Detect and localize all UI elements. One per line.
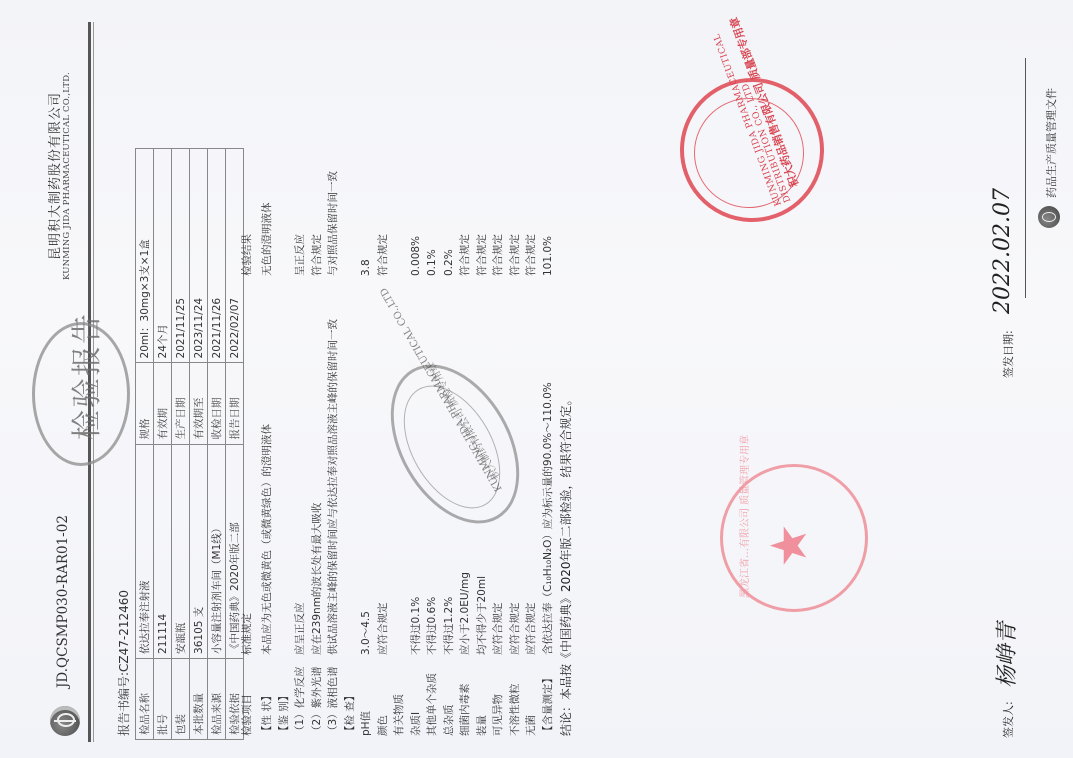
info-label: 检品来源 — [208, 658, 226, 739]
document-code: JD.QCSMP030-RAR01-02 — [55, 515, 71, 688]
quality-stamp-text: 黑龙江省…有限公司 质量管理专用章 — [736, 435, 751, 598]
result-standard: 不得过0.1% — [411, 597, 422, 655]
result-item: 细菌内毒素 — [460, 684, 471, 737]
result-item: pH值 — [361, 711, 372, 736]
info-row: 检品来源小容量注射剂车间（M1线）收检日期2021/11/26 — [208, 149, 226, 740]
result-value: 呈正反应 — [295, 234, 306, 276]
result-standard: 应呈正反应 — [295, 603, 306, 656]
star-icon: ★ — [760, 523, 818, 568]
product-info-table: 检品名称依达拉奉注射液规格20ml：30mg×3支×1盒批号211114有效期2… — [135, 148, 244, 740]
info-label: 批号 — [154, 658, 172, 739]
report-number: 报告书编号:CZ47-212460 — [115, 590, 132, 736]
result-item: 【检 查】 — [345, 691, 356, 736]
info-label: 有效期至 — [190, 363, 208, 444]
info-row: 检品名称依达拉奉注射液规格20ml：30mg×3支×1盒 — [136, 149, 154, 740]
result-item: 【含量测定】 — [543, 673, 554, 736]
info-label: 收检日期 — [208, 363, 226, 444]
result-item: 杂质I — [411, 712, 422, 736]
result-standard: 应符合规定 — [526, 603, 537, 656]
info-row: 批号211114有效期24个月 — [154, 149, 172, 740]
result-item: 总杂质 — [444, 705, 455, 737]
info-value: 依达拉奉注射液 — [136, 444, 154, 658]
result-item: 装量 — [477, 715, 488, 736]
info-value: 36105 支 — [190, 444, 208, 658]
footer-divider — [1025, 58, 1026, 298]
result-value: 与对照品保留时间一致 — [328, 171, 339, 276]
info-value: 2021/11/25 — [172, 149, 190, 363]
info-label: 生产日期 — [172, 363, 190, 444]
company-name-en: KUNMING JIDA PHARMACEUTICAL CO.,LTD. — [62, 72, 72, 280]
result-standard: 应符合规定 — [378, 603, 389, 656]
info-label: 规格 — [136, 363, 154, 444]
info-label: 本批数量 — [190, 658, 208, 739]
info-value: 安瓿瓶 — [172, 444, 190, 658]
info-label: 有效期 — [154, 363, 172, 444]
sign-date-value: 2022.02.07 — [990, 188, 1015, 314]
result-standard: 均不得少于20ml — [477, 576, 488, 655]
info-value: 2023/11/24 — [190, 149, 208, 363]
info-value: 20ml：30mg×3支×1盒 — [136, 149, 154, 363]
inspection-report-page: JD.QCSMP030-RAR01-02 昆明积大制药股份有限公司 KUNMIN… — [0, 0, 1073, 758]
info-row: 本批数量36105 支有效期至2023/11/24 — [190, 149, 208, 740]
result-item: 【鉴 别】 — [279, 691, 290, 736]
company-name-cn: 昆明积大制药股份有限公司 — [44, 92, 63, 260]
result-value: 无色的澄明液体 — [262, 203, 273, 277]
info-label: 检品名称 — [136, 658, 154, 739]
info-value: 211114 — [154, 444, 172, 658]
result-standard: 含依达拉奉（C₁₀H₁₀N₂O）应为标示量的90.0%～110.0% — [543, 382, 554, 655]
result-item: 有关物质 — [394, 694, 405, 736]
result-value: 符合规定 — [493, 234, 504, 276]
result-value: 符合规定 — [460, 234, 471, 276]
signer-signature: 杨峥青 — [990, 622, 1021, 688]
result-item: 不溶性微粒 — [510, 684, 521, 737]
info-label: 报告日期 — [226, 363, 244, 444]
result-standard: 供试品溶液主峰的保留时间应与依达拉奉对照品溶液主峰的保留时间一致 — [328, 319, 339, 655]
result-standard: 3.0～4.5 — [361, 611, 372, 655]
result-value: 符合规定 — [510, 234, 521, 276]
conclusion: 结论：本品按《中国药典》2020年版二部检验，结果符合规定。 — [557, 393, 574, 736]
info-value: 2021/11/26 — [208, 149, 226, 363]
result-standard: 应符合规定 — [493, 603, 504, 656]
result-item: 【性 状】 — [262, 691, 273, 736]
footer-text: 药品生产质量管理文件 — [1043, 88, 1059, 198]
company-logo-icon — [50, 706, 80, 736]
result-standard: 不得过1.2% — [444, 597, 455, 655]
result-standard: 应在239nm的波长处有最大吸收 — [312, 503, 323, 655]
result-value: 符合规定 — [526, 234, 537, 276]
result-value: 0.008% — [411, 236, 422, 276]
info-label: 包装 — [172, 658, 190, 739]
result-value: 0.2% — [444, 249, 455, 276]
result-item: 无菌 — [526, 715, 537, 736]
info-row: 包装安瓿瓶生产日期2021/11/25 — [172, 149, 190, 740]
result-value: 符合规定 — [312, 234, 323, 276]
result-item: 颜色 — [378, 715, 389, 736]
result-standard: 不得过0.6% — [427, 597, 438, 655]
company-logo-icon — [1038, 206, 1060, 228]
result-item: 可见异物 — [493, 694, 504, 736]
results-header-standard: 标准规定 — [242, 613, 253, 655]
result-value: 符合规定 — [378, 234, 389, 276]
result-standard: 应小于2.0EU/mg — [460, 572, 471, 655]
info-value: 24个月 — [154, 149, 172, 363]
result-item: （2）紫外光谱 — [312, 666, 323, 736]
result-item: （3）液相色谱 — [328, 666, 339, 736]
result-value: 0.1% — [427, 249, 438, 276]
results-header-result: 检验结果 — [242, 234, 253, 276]
result-standard: 应符合规定 — [510, 603, 521, 656]
sign-date-label: 签发日期: — [1000, 330, 1016, 378]
result-value: 101.0% — [543, 236, 554, 276]
result-item: （1）化学反应 — [295, 666, 306, 736]
result-value: 符合规定 — [477, 234, 488, 276]
signer-label: 签发人: — [1000, 701, 1016, 738]
results-header-item: 检验项目 — [242, 694, 253, 736]
result-value: 3.8 — [361, 259, 372, 276]
result-standard: 本品应为无色或微黄色（或微黄绿色）的澄明液体 — [262, 424, 273, 655]
report-title: 检验报告 — [62, 312, 106, 440]
info-value: 小容量注射剂车间（M1线） — [208, 444, 226, 658]
result-item: 其他单个杂质 — [427, 673, 438, 736]
